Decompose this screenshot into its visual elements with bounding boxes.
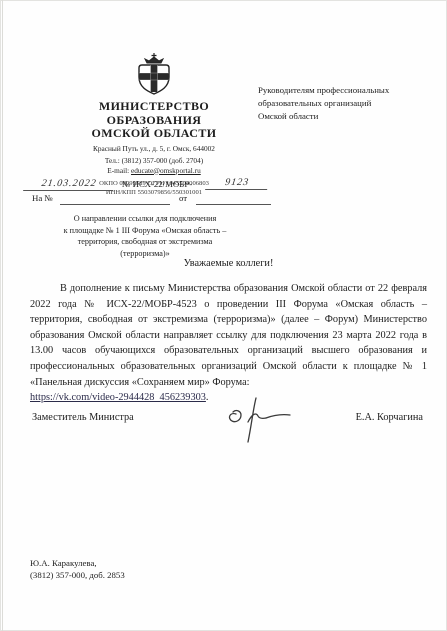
salutation: Уважаемые коллеги! bbox=[30, 258, 427, 269]
org-address: Красный Путь ул., д. 5, г. Омск, 644002 bbox=[45, 144, 263, 154]
org-name: МИНИСТЕРСТВО ОБРАЗОВАНИЯ ОМСКОЙ ОБЛАСТИ bbox=[45, 100, 263, 141]
ot-date-label: от bbox=[179, 193, 187, 203]
ot-date-blank bbox=[196, 204, 271, 205]
org-phone: Тел.: (3812) 357-000 (доб. 2704) bbox=[45, 156, 263, 166]
org-email-line: E-mail: educate@omskportal.ru bbox=[45, 166, 263, 176]
signer-position: Заместитель Министра bbox=[32, 412, 134, 423]
outgoing-number-prefix: № ИСХ-22/МОБР- bbox=[122, 179, 192, 189]
body-paragraph: В дополнение к письму Министерства образ… bbox=[30, 281, 427, 406]
na-number-blank bbox=[60, 204, 170, 205]
org-email-link[interactable]: educate@omskportal.ru bbox=[131, 166, 201, 175]
scanned-letter-page: МИНИСТЕРСТВО ОБРАЗОВАНИЯ ОМСКОЙ ОБЛАСТИ … bbox=[0, 0, 447, 631]
omsk-coat-of-arms-icon bbox=[133, 52, 175, 98]
executor-name: Ю.А. Каракулева, bbox=[30, 558, 125, 570]
signer-name: Е.А. Корчагина bbox=[356, 412, 423, 423]
addressee-block: Руководителям профессиональных образоват… bbox=[258, 84, 438, 123]
handwritten-signature-icon bbox=[222, 392, 302, 447]
body-paragraph-text: В дополнение к письму Министерства образ… bbox=[30, 283, 427, 388]
handwritten-number: 9123 bbox=[205, 177, 269, 190]
link-period: . bbox=[206, 392, 209, 403]
vk-video-link[interactable]: https://vk.com/video-2944428_456239303 bbox=[30, 392, 206, 403]
executor-contact: Ю.А. Каракулева, (3812) 357-000, доб. 28… bbox=[30, 558, 125, 581]
subject-annotation: О направлении ссылки для подключения к п… bbox=[20, 213, 270, 259]
email-label: E-mail: bbox=[107, 166, 131, 175]
letterhead: МИНИСТЕРСТВО ОБРАЗОВАНИЯ ОМСКОЙ ОБЛАСТИ … bbox=[45, 52, 263, 197]
na-number-label: На № bbox=[32, 193, 53, 203]
executor-phone: (3812) 357-000, доб. 2853 bbox=[30, 570, 125, 582]
handwritten-date: 21.03.2022 bbox=[23, 178, 115, 191]
